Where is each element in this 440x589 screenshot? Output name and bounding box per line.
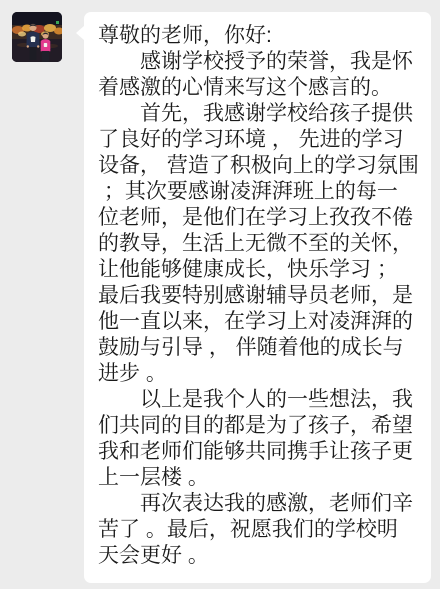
message-text: 尊敬的老师，你好: 感谢学校授予的荣誉，我是怀 着感激的心情来写这个感言的。 首…: [98, 23, 425, 569]
night-photo-icon: [12, 12, 62, 62]
chat-message-bubble: 尊敬的老师，你好: 感谢学校授予的荣誉，我是怀 着感激的心情来写这个感言的。 首…: [84, 12, 431, 583]
user-avatar[interactable]: [12, 12, 62, 62]
bubble-tail: [76, 26, 84, 40]
